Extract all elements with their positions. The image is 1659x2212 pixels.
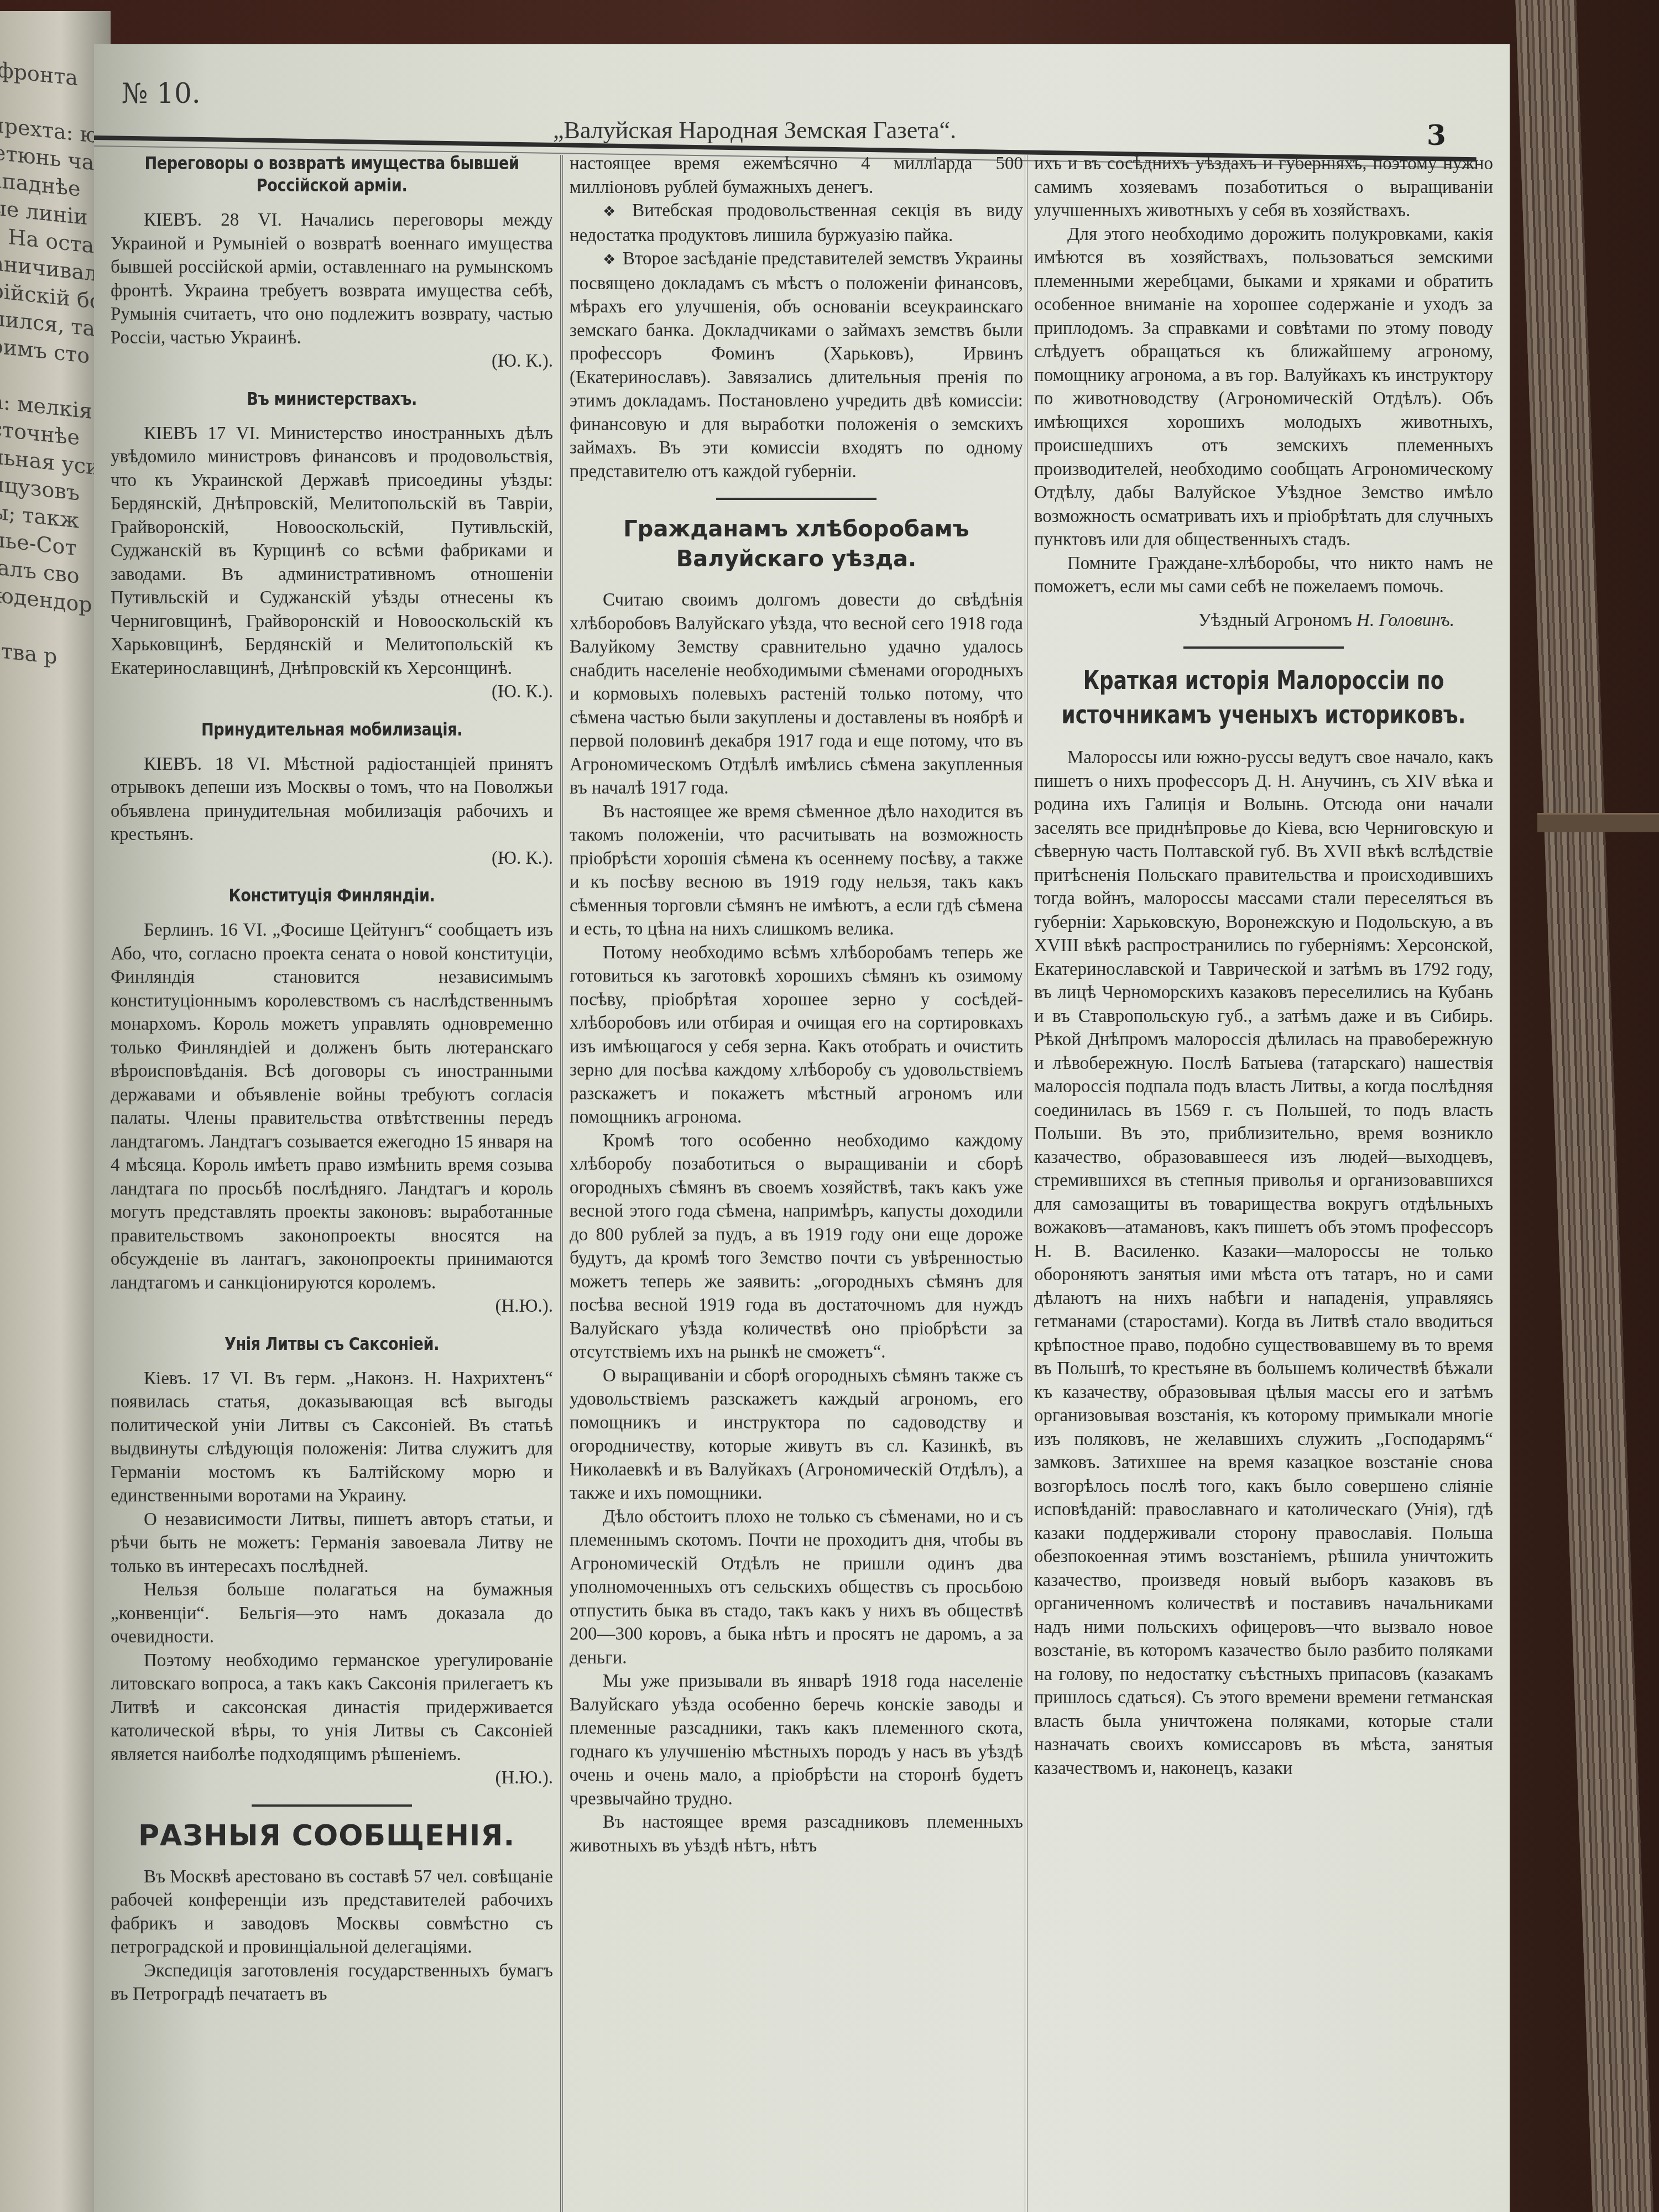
article-paragraph: Малороссы или южно-руссы ведутъ свое нач… bbox=[1034, 746, 1493, 1780]
news-signature: (Ю. К.). bbox=[111, 349, 553, 373]
article-paragraph: Кромѣ того особенно необходимо каждому х… bbox=[570, 1129, 1023, 1364]
section-heading: РАЗНЫЯ СООБЩЕНІЯ. bbox=[111, 1821, 553, 1851]
news-headline: Въ министерствахъ. bbox=[144, 388, 520, 410]
news-paragraph: Поэтому необходимо германское урегулиров… bbox=[111, 1649, 553, 1767]
byline-role: Уѣздный Агрономъ bbox=[1198, 611, 1357, 630]
news-paragraph: КІЕВЪ. 18 VI. Мѣстной радіостанціей прин… bbox=[111, 753, 553, 847]
article-title: Краткая исторія Малороссіи по источникам… bbox=[1050, 663, 1477, 732]
wooden-frame-background bbox=[1515, 0, 1653, 2212]
news-item: Принудительная мобилизація.КІЕВЪ. 18 VI.… bbox=[111, 718, 553, 870]
news-paragraph: Экспедиція заготовленія государственныхъ… bbox=[111, 1959, 553, 2006]
news-paragraph: Нельзя больше полагаться на бумажныя „ко… bbox=[111, 1578, 553, 1649]
article-paragraph: Потому необходимо всѣмъ хлѣборобамъ тепе… bbox=[570, 941, 1023, 1129]
news-paragraph: Берлинъ. 16 VI. „Фосише Цейтунгъ“ сообща… bbox=[111, 919, 553, 1295]
article-paragraph: Считаю своимъ долгомъ довести до свѣдѣні… bbox=[570, 588, 1023, 800]
byline-name: Н. Головинъ. bbox=[1357, 611, 1454, 630]
issue-number: № 10. bbox=[122, 77, 201, 109]
news-paragraph: О независимости Литвы, пишетъ авторъ ста… bbox=[111, 1508, 553, 1579]
article-paragraph: Дѣло обстоитъ плохо не только съ сѣменам… bbox=[570, 1505, 1023, 1670]
article-paragraph: Въ настоящее же время сѣменное дѣло нахо… bbox=[570, 800, 1023, 941]
ornament-bullet-icon: ❖ bbox=[603, 252, 616, 268]
article-separator bbox=[716, 498, 877, 500]
ornament-bullet-icon: ❖ bbox=[603, 204, 625, 220]
news-signature: (Н.Ю.). bbox=[111, 1766, 553, 1790]
news-paragraph: Кіевъ. 17 VI. Въ герм. „Наконз. Н. Нахри… bbox=[111, 1367, 553, 1508]
news-signature: (Н.Ю.). bbox=[111, 1295, 553, 1318]
news-signature: (Ю. К.). bbox=[111, 680, 553, 704]
paper-title: „Валуйская Народная Земская Газета“. bbox=[553, 116, 956, 144]
news-bullet-item: ❖Витебская продовольственная секція въ в… bbox=[570, 199, 1023, 247]
page-number: 3 bbox=[1427, 119, 1446, 152]
news-item: Унія Литвы съ Саксоніей.Кіевъ. 17 VI. Въ… bbox=[111, 1333, 553, 1790]
article-paragraph: Въ настоящее время разсадниковъ племенны… bbox=[570, 1811, 1023, 1858]
news-item: Конституція Финляндіи.Берлинъ. 16 VI. „Ф… bbox=[111, 884, 553, 1318]
news-headline: Переговоры о возвратѣ имущества бывшей Р… bbox=[144, 152, 520, 196]
news-paragraph: КІЕВЪ 17 VI. Министерство иностранныхъ д… bbox=[111, 422, 553, 681]
column-middle: настоящее время ежемѣсячно 4 милліарда 5… bbox=[570, 152, 1023, 1858]
news-headline: Конституція Финляндіи. bbox=[144, 884, 520, 906]
news-paragraph: Въ Москвѣ арестовано въ составѣ 57 чел. … bbox=[111, 1865, 553, 1959]
newspaper-page: № 10. „Валуйская Народная Земская Газета… bbox=[94, 44, 1510, 2212]
column-divider bbox=[1025, 155, 1027, 2212]
news-item: РАЗНЫЯ СООБЩЕНІЯ.Въ Москвѣ арестовано въ… bbox=[111, 1804, 553, 2006]
article-title: Гражданамъ хлѣборобамъ Валуйскаго уѣзда. bbox=[570, 514, 1023, 574]
column-divider bbox=[560, 155, 563, 2212]
column-right: ихъ и въ сосѣднихъ уѣздахъ и губерніяхъ,… bbox=[1034, 152, 1493, 1780]
news-item: Переговоры о возвратѣ имущества бывшей Р… bbox=[111, 152, 553, 373]
article-paragraph: ихъ и въ сосѣднихъ уѣздахъ и губерніяхъ,… bbox=[1034, 152, 1493, 223]
column-left: Переговоры о возвратѣ имущества бывшей Р… bbox=[111, 152, 553, 2021]
article-paragraph: Мы уже призывали въ январѣ 1918 года нас… bbox=[570, 1670, 1023, 1811]
article-byline: Уѣздный Агрономъ Н. Головинъ. bbox=[1034, 609, 1493, 633]
news-bullet-item: ❖Второе засѣданіе представителей земствъ… bbox=[570, 247, 1023, 483]
article-separator bbox=[1183, 646, 1344, 649]
page-header: № 10. „Валуйская Народная Земская Газета… bbox=[94, 77, 1510, 138]
article-paragraph: О выращиваніи и сборѣ огородныхъ сѣмянъ … bbox=[570, 1364, 1023, 1505]
section-separator bbox=[252, 1804, 412, 1807]
news-paragraph: КІЕВЪ. 28 VI. Начались переговоры между … bbox=[111, 208, 553, 349]
news-headline: Принудительная мобилизація. bbox=[144, 718, 520, 740]
news-headline: Унія Литвы съ Саксоніей. bbox=[144, 1333, 520, 1355]
article-paragraph: Для этого необходимо дорожить полукровка… bbox=[1034, 223, 1493, 552]
news-signature: (Ю. К.). bbox=[111, 847, 553, 870]
article-paragraph: Помните Граждане-хлѣборобы, что никто на… bbox=[1034, 552, 1493, 599]
continued-paragraph: настоящее время ежемѣсячно 4 милліарда 5… bbox=[570, 152, 1023, 199]
wooden-beam-background bbox=[1537, 813, 1659, 832]
news-item: Въ министерствахъ.КІЕВЪ 17 VI. Министерс… bbox=[111, 388, 553, 704]
